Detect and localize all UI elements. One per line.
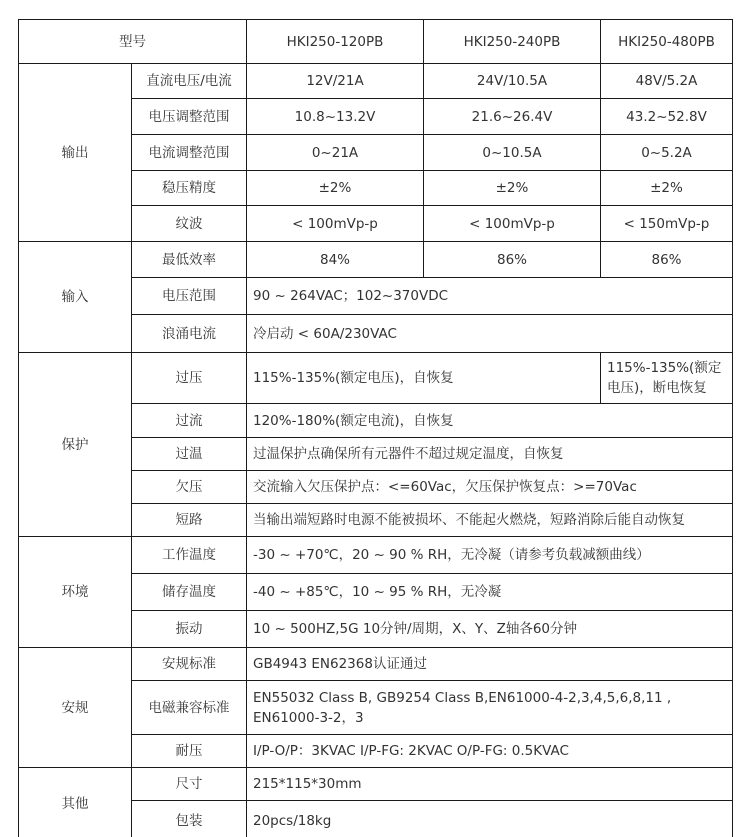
- param-label: 浪涌电流: [132, 315, 247, 353]
- spec-value: 0~5.2A: [601, 135, 733, 171]
- spec-value: 交流输入欠压保护点：<=60Vac，欠压保护恢复点：>=70Vac: [247, 471, 733, 504]
- spec-value: 12V/21A: [247, 64, 424, 99]
- spec-value: 0~10.5A: [424, 135, 601, 171]
- param-label: 尺寸: [132, 768, 247, 801]
- param-label: 纹波: [132, 206, 247, 242]
- model-name: HKI250-480PB: [601, 20, 733, 64]
- param-label: 欠压: [132, 471, 247, 504]
- spec-value: 10.8~13.2V: [247, 99, 424, 135]
- spec-value: 115%-135%(额定电压)，自恢复: [247, 353, 601, 404]
- param-label: 电磁兼容标准: [132, 681, 247, 735]
- param-label: 储存温度: [132, 574, 247, 611]
- model-name: HKI250-120PB: [247, 20, 424, 64]
- section-label-other: 其他: [19, 768, 132, 837]
- section-label-input: 输入: [19, 242, 132, 353]
- model-name: HKI250-240PB: [424, 20, 601, 64]
- param-label: 振动: [132, 611, 247, 648]
- spec-value: < 150mVp-p: [601, 206, 733, 242]
- spec-value: 21.6~26.4V: [424, 99, 601, 135]
- param-label: 包装: [132, 801, 247, 837]
- spec-value: 86%: [424, 242, 601, 278]
- spec-value: 90 ~ 264VAC；102~370VDC: [247, 278, 733, 315]
- table-row: 安规 安规标准 GB4943 EN62368认证通过: [19, 648, 733, 681]
- table-row: 输入 最低效率 84% 86% 86%: [19, 242, 733, 278]
- param-label: 直流电压/电流: [132, 64, 247, 99]
- table-row: 环境 工作温度 -30 ~ +70℃，20 ~ 90 % RH，无冷凝（请参考负…: [19, 537, 733, 574]
- spec-value: EN55032 Class B, GB9254 Class B,EN61000-…: [247, 681, 733, 735]
- spec-value: 120%-180%(额定电流)，自恢复: [247, 404, 733, 438]
- spec-value: 115%-135%(额定电压)，断电恢复: [601, 353, 733, 404]
- spec-value: 10 ~ 500HZ,5G 10分钟/周期，X、Y、Z轴各60分钟: [247, 611, 733, 648]
- header-row: 型号 HKI250-120PB HKI250-240PB HKI250-480P…: [19, 20, 733, 64]
- param-label: 最低效率: [132, 242, 247, 278]
- param-label: 稳压精度: [132, 171, 247, 206]
- spec-value: I/P-O/P：3KVAC I/P-FG: 2KVAC O/P-FG: 0.5K…: [247, 735, 733, 768]
- param-label: 工作温度: [132, 537, 247, 574]
- table-row: 输出 直流电压/电流 12V/21A 24V/10.5A 48V/5.2A: [19, 64, 733, 99]
- spec-value: 过温保护点确保所有元器件不超过规定温度，自恢复: [247, 438, 733, 471]
- param-label: 过流: [132, 404, 247, 438]
- spec-value: 当输出端短路时电源不能被损坏、不能起火燃烧，短路消除后能自动恢复: [247, 504, 733, 537]
- param-label: 过压: [132, 353, 247, 404]
- section-label-environment: 环境: [19, 537, 132, 648]
- spec-value: 0~21A: [247, 135, 424, 171]
- spec-value: -40 ~ +85℃，10 ~ 95 % RH，无冷凝: [247, 574, 733, 611]
- spec-value: ±2%: [247, 171, 424, 206]
- table-row: 其他 尺寸 215*115*30mm: [19, 768, 733, 801]
- section-label-output: 输出: [19, 64, 132, 242]
- param-label: 安规标准: [132, 648, 247, 681]
- spec-value: 215*115*30mm: [247, 768, 733, 801]
- param-label: 电流调整范围: [132, 135, 247, 171]
- spec-table: 型号 HKI250-120PB HKI250-240PB HKI250-480P…: [18, 19, 733, 837]
- spec-value: ±2%: [424, 171, 601, 206]
- param-label: 电压调整范围: [132, 99, 247, 135]
- spec-value: 43.2~52.8V: [601, 99, 733, 135]
- spec-value: 84%: [247, 242, 424, 278]
- spec-value: < 100mVp-p: [424, 206, 601, 242]
- section-label-safety: 安规: [19, 648, 132, 768]
- spec-value: < 100mVp-p: [247, 206, 424, 242]
- spec-value: 24V/10.5A: [424, 64, 601, 99]
- spec-value: GB4943 EN62368认证通过: [247, 648, 733, 681]
- table-row: 保护 过压 115%-135%(额定电压)，自恢复 115%-135%(额定电压…: [19, 353, 733, 404]
- spec-value: -30 ~ +70℃，20 ~ 90 % RH，无冷凝（请参考负载减额曲线）: [247, 537, 733, 574]
- param-label: 过温: [132, 438, 247, 471]
- param-label: 电压范围: [132, 278, 247, 315]
- spec-value: 48V/5.2A: [601, 64, 733, 99]
- spec-value: ±2%: [601, 171, 733, 206]
- spec-value: 冷启动 < 60A/230VAC: [247, 315, 733, 353]
- section-label-protection: 保护: [19, 353, 132, 537]
- model-label: 型号: [19, 20, 247, 64]
- param-label: 耐压: [132, 735, 247, 768]
- spec-value: 86%: [601, 242, 733, 278]
- spec-value: 20pcs/18kg: [247, 801, 733, 837]
- param-label: 短路: [132, 504, 247, 537]
